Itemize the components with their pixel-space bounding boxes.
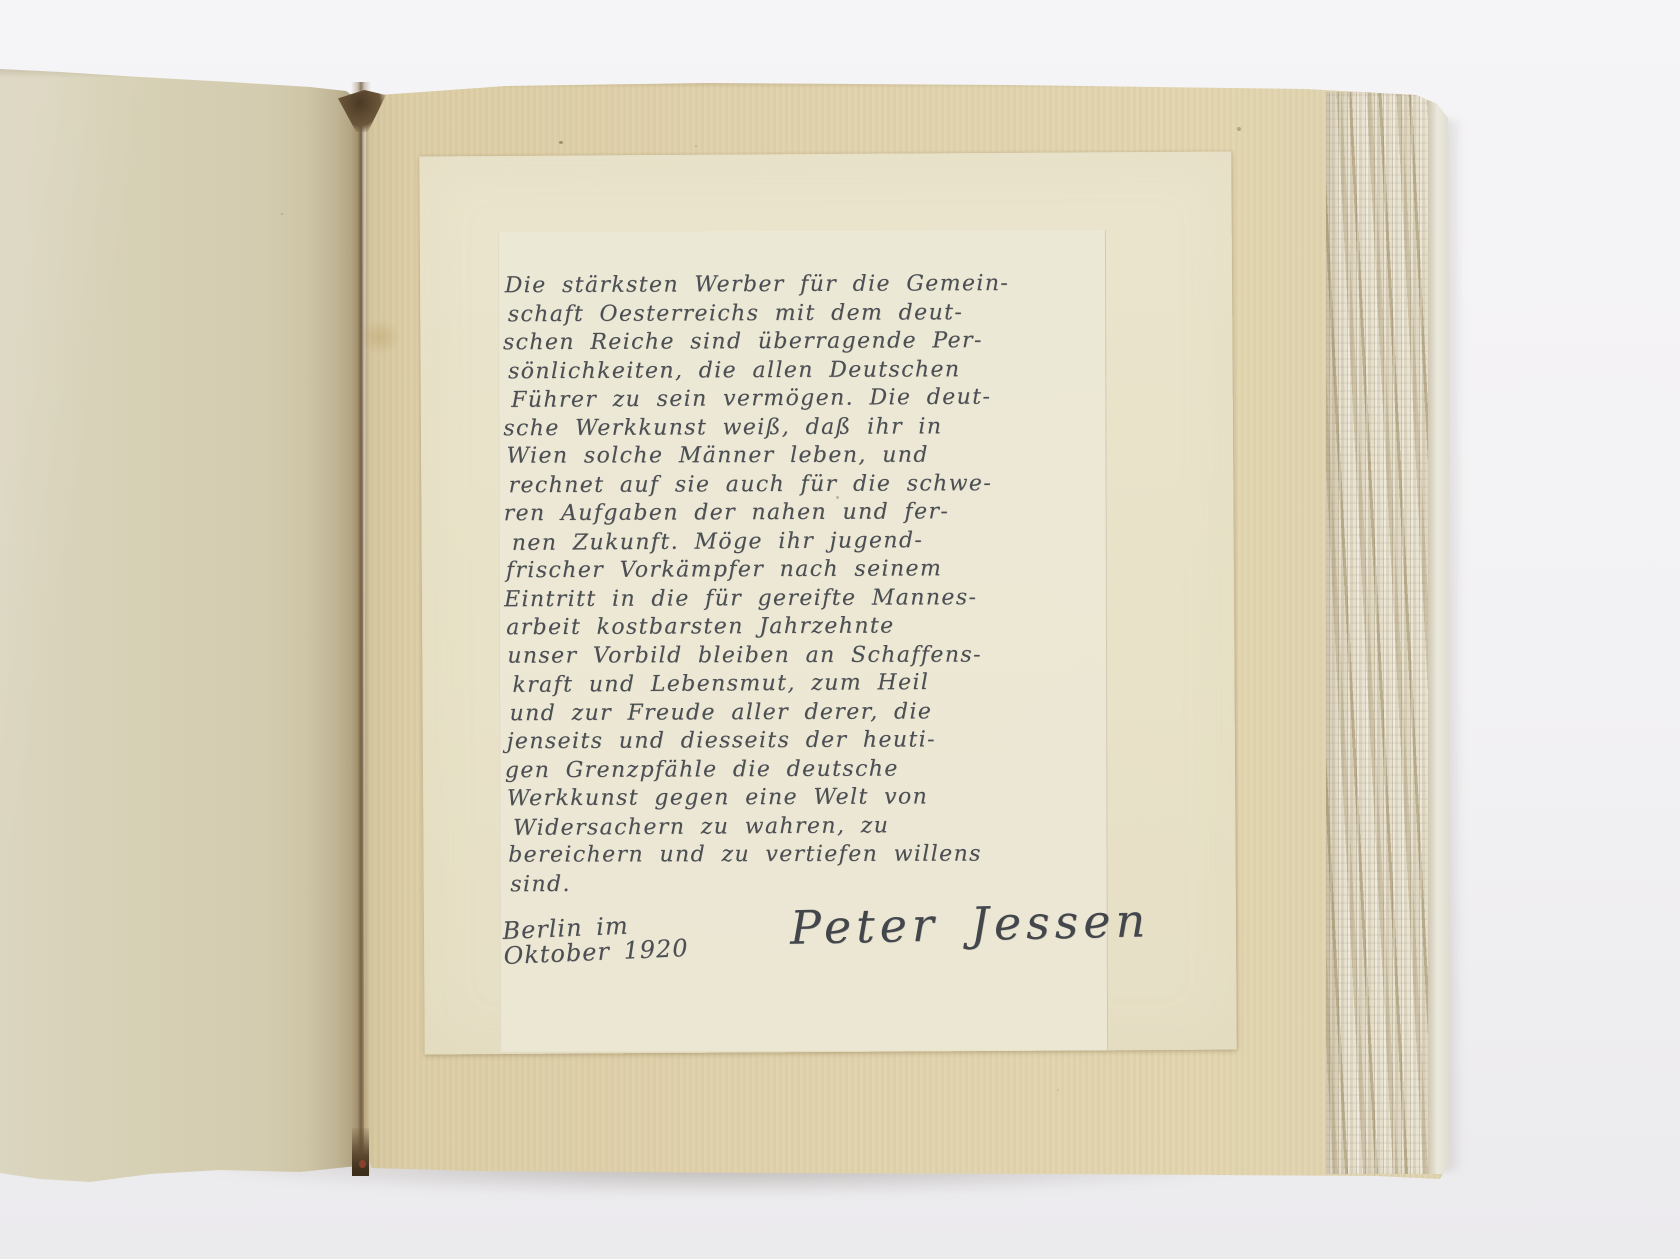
handwritten-line: bereichern und zu vertiefen willens xyxy=(508,840,1063,870)
paper-speck xyxy=(836,496,839,499)
handwritten-line: Führer zu sein vermögen. Die deut- xyxy=(511,383,1061,415)
handwritten-line: rechnet auf sie auch für die schwe- xyxy=(509,469,1062,500)
book-photo: Die stärksten Werber für die Gemein- sch… xyxy=(0,0,1680,1259)
handwritten-line: schen Reiche sind überragende Per- xyxy=(503,327,1061,358)
handwritten-line: schaft Oesterreichs mit dem deut- xyxy=(508,298,1061,329)
handwritten-line: frischer Vorkämpfer nach seinem xyxy=(506,555,1062,586)
handwritten-line: gen Grenzpfähle die deutsche xyxy=(505,754,1063,785)
handwritten-line: Eintritt in die für gereifte Mannes- xyxy=(504,583,1062,614)
left-page-sheen xyxy=(0,0,364,1196)
handwritten-line: nen Zukunft. Möge ihr jugend- xyxy=(512,526,1062,558)
right-page-top-edge xyxy=(356,78,1452,88)
handwritten-line: ren Aufgaben der nahen und fer- xyxy=(504,498,1062,529)
handwritten-line: arbeit kostbarsten Jahrzehnte xyxy=(506,612,1062,643)
handwritten-line: Wien solche Männer leben, und xyxy=(506,441,1061,471)
handwritten-line: jenseits und diesseits der heuti- xyxy=(507,726,1063,757)
left-album-page xyxy=(0,0,364,1196)
spine-red-thread xyxy=(359,1160,366,1168)
place-date-block: Berlin im Oktober 1920 xyxy=(502,911,689,969)
spine-bottom-notch xyxy=(352,1128,369,1176)
handwritten-line: sche Werkkunst weiß, daß ihr in xyxy=(503,412,1061,443)
signature-peter-jessen: Peter Jessen xyxy=(789,893,1150,955)
spine-gutter-shadow xyxy=(351,82,371,1174)
handwritten-line: und zur Freude aller derer, die xyxy=(510,697,1063,728)
handwritten-line: unser Vorbild bleiben an Schaffens- xyxy=(507,641,1062,671)
page-stain xyxy=(360,320,400,354)
handwritten-line: sind. xyxy=(510,868,1063,899)
handwritten-letter-text: Die stärksten Werber für die Gemein- sch… xyxy=(505,270,1064,899)
handwritten-line: Die stärksten Werber für die Gemein- xyxy=(505,270,1061,301)
paper-speck xyxy=(1237,127,1241,131)
paper-speck xyxy=(559,141,563,144)
deckled-fore-edge-stack xyxy=(1326,92,1432,1174)
handwritten-line: sönlichkeiten, die allen Deutschen xyxy=(508,355,1061,386)
handwritten-line: Widersachern zu wahren, zu xyxy=(513,811,1063,843)
handwritten-line: kraft und Lebensmut, zum Heil xyxy=(512,668,1062,700)
cover-board-edge xyxy=(1428,98,1449,1174)
handwritten-line: Werkkunst gegen eine Welt von xyxy=(507,783,1063,814)
